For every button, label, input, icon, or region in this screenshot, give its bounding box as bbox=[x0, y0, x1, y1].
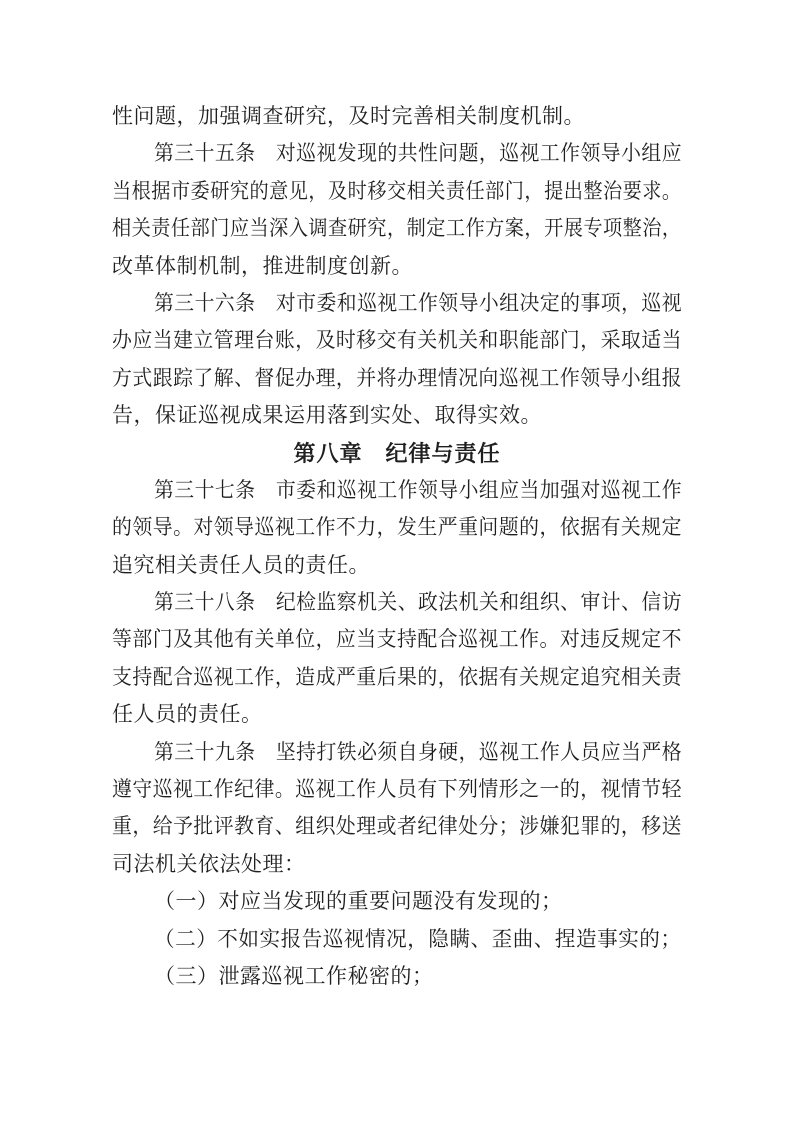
text-line: 性问题，加强调查研究，及时完善相关制度机制。 bbox=[112, 98, 682, 135]
text-line-content: （二）不如实报告巡视情况，隐瞒、歪曲、捏造事实的； bbox=[154, 921, 682, 958]
text-line-content: 第三十九条 坚持打铁必须自身硬，巡视工作人员应当严格 bbox=[154, 734, 682, 771]
chapter-heading: 第八章 纪律与责任 bbox=[112, 435, 682, 472]
text-line: 方式跟踪了解、督促办理，并将办理情况向巡视工作领导小组报 bbox=[112, 360, 682, 397]
text-line-content: 司法机关依法处理： bbox=[112, 846, 306, 883]
text-line: 第三十七条 市委和巡视工作领导小组应当加强对巡视工作 bbox=[112, 472, 682, 509]
text-line: 改革体制机制，推进制度创新。 bbox=[112, 248, 682, 285]
chapter-heading-text: 第八章 纪律与责任 bbox=[293, 435, 500, 472]
text-line-content: 追究相关责任人员的责任。 bbox=[112, 547, 370, 584]
text-line-content: 办应当建立管理台账，及时移交有关机关和职能部门，采取适当 bbox=[112, 322, 682, 359]
text-line-content: 遵守巡视工作纪律。巡视工作人员有下列情形之一的，视情节轻 bbox=[112, 771, 682, 808]
text-line-content: 相关责任部门应当深入调查研究，制定工作方案，开展专项整治， bbox=[112, 210, 682, 247]
text-line: 追究相关责任人员的责任。 bbox=[112, 547, 682, 584]
text-line-content: 告，保证巡视成果运用落到实处、取得实效。 bbox=[112, 397, 542, 434]
text-line: 第三十五条 对巡视发现的共性问题，巡视工作领导小组应 bbox=[112, 135, 682, 172]
text-line-content: 第三十六条 对市委和巡视工作领导小组决定的事项，巡视 bbox=[154, 285, 682, 322]
text-line: 司法机关依法处理： bbox=[112, 846, 682, 883]
text-line-content: （一）对应当发现的重要问题没有发现的； bbox=[154, 883, 563, 920]
text-line-content: 支持配合巡视工作，造成严重后果的，依据有关规定追究相关责 bbox=[112, 659, 682, 696]
text-line: 第三十八条 纪检监察机关、政法机关和组织、审计、信访 bbox=[112, 584, 682, 621]
text-line: （一）对应当发现的重要问题没有发现的； bbox=[112, 883, 682, 920]
text-line-content: 任人员的责任。 bbox=[112, 696, 263, 733]
text-line: 等部门及其他有关单位，应当支持配合巡视工作。对违反规定不 bbox=[112, 621, 682, 658]
text-line: 任人员的责任。 bbox=[112, 696, 682, 733]
text-line: 第三十九条 坚持打铁必须自身硬，巡视工作人员应当严格 bbox=[112, 734, 682, 771]
text-line: 告，保证巡视成果运用落到实处、取得实效。 bbox=[112, 397, 682, 434]
text-line-content: 当根据市委研究的意见，及时移交相关责任部门，提出整治要求。 bbox=[112, 173, 682, 210]
text-line: （二）不如实报告巡视情况，隐瞒、歪曲、捏造事实的； bbox=[112, 921, 682, 958]
text-line: （三）泄露巡视工作秘密的； bbox=[112, 958, 682, 995]
text-line-content: 的领导。对领导巡视工作不力，发生严重问题的，依据有关规定 bbox=[112, 509, 682, 546]
text-line-content: 第三十八条 纪检监察机关、政法机关和组织、审计、信访 bbox=[154, 584, 682, 621]
text-line: 相关责任部门应当深入调查研究，制定工作方案，开展专项整治， bbox=[112, 210, 682, 247]
text-line-content: 重，给予批评教育、组织处理或者纪律处分；涉嫌犯罪的，移送 bbox=[112, 808, 682, 845]
text-line: 重，给予批评教育、组织处理或者纪律处分；涉嫌犯罪的，移送 bbox=[112, 808, 682, 845]
text-line: 的领导。对领导巡视工作不力，发生严重问题的，依据有关规定 bbox=[112, 509, 682, 546]
document-page: 性问题，加强调查研究，及时完善相关制度机制。第三十五条 对巡视发现的共性问题，巡… bbox=[0, 0, 793, 1122]
text-line: 支持配合巡视工作，造成严重后果的，依据有关规定追究相关责 bbox=[112, 659, 682, 696]
text-line: 第三十六条 对市委和巡视工作领导小组决定的事项，巡视 bbox=[112, 285, 682, 322]
text-line-content: 改革体制机制，推进制度创新。 bbox=[112, 248, 413, 285]
text-line-content: 第三十五条 对巡视发现的共性问题，巡视工作领导小组应 bbox=[154, 135, 682, 172]
text-line-content: 第三十七条 市委和巡视工作领导小组应当加强对巡视工作 bbox=[154, 472, 682, 509]
text-line: 遵守巡视工作纪律。巡视工作人员有下列情形之一的，视情节轻 bbox=[112, 771, 682, 808]
text-line-content: 方式跟踪了解、督促办理，并将办理情况向巡视工作领导小组报 bbox=[112, 360, 682, 397]
text-column: 性问题，加强调查研究，及时完善相关制度机制。第三十五条 对巡视发现的共性问题，巡… bbox=[112, 98, 682, 995]
text-line-content: （三）泄露巡视工作秘密的； bbox=[154, 958, 434, 995]
text-line-content: 性问题，加强调查研究，及时完善相关制度机制。 bbox=[112, 98, 585, 135]
text-line: 当根据市委研究的意见，及时移交相关责任部门，提出整治要求。 bbox=[112, 173, 682, 210]
text-line: 办应当建立管理台账，及时移交有关机关和职能部门，采取适当 bbox=[112, 322, 682, 359]
text-line-content: 等部门及其他有关单位，应当支持配合巡视工作。对违反规定不 bbox=[112, 621, 682, 658]
